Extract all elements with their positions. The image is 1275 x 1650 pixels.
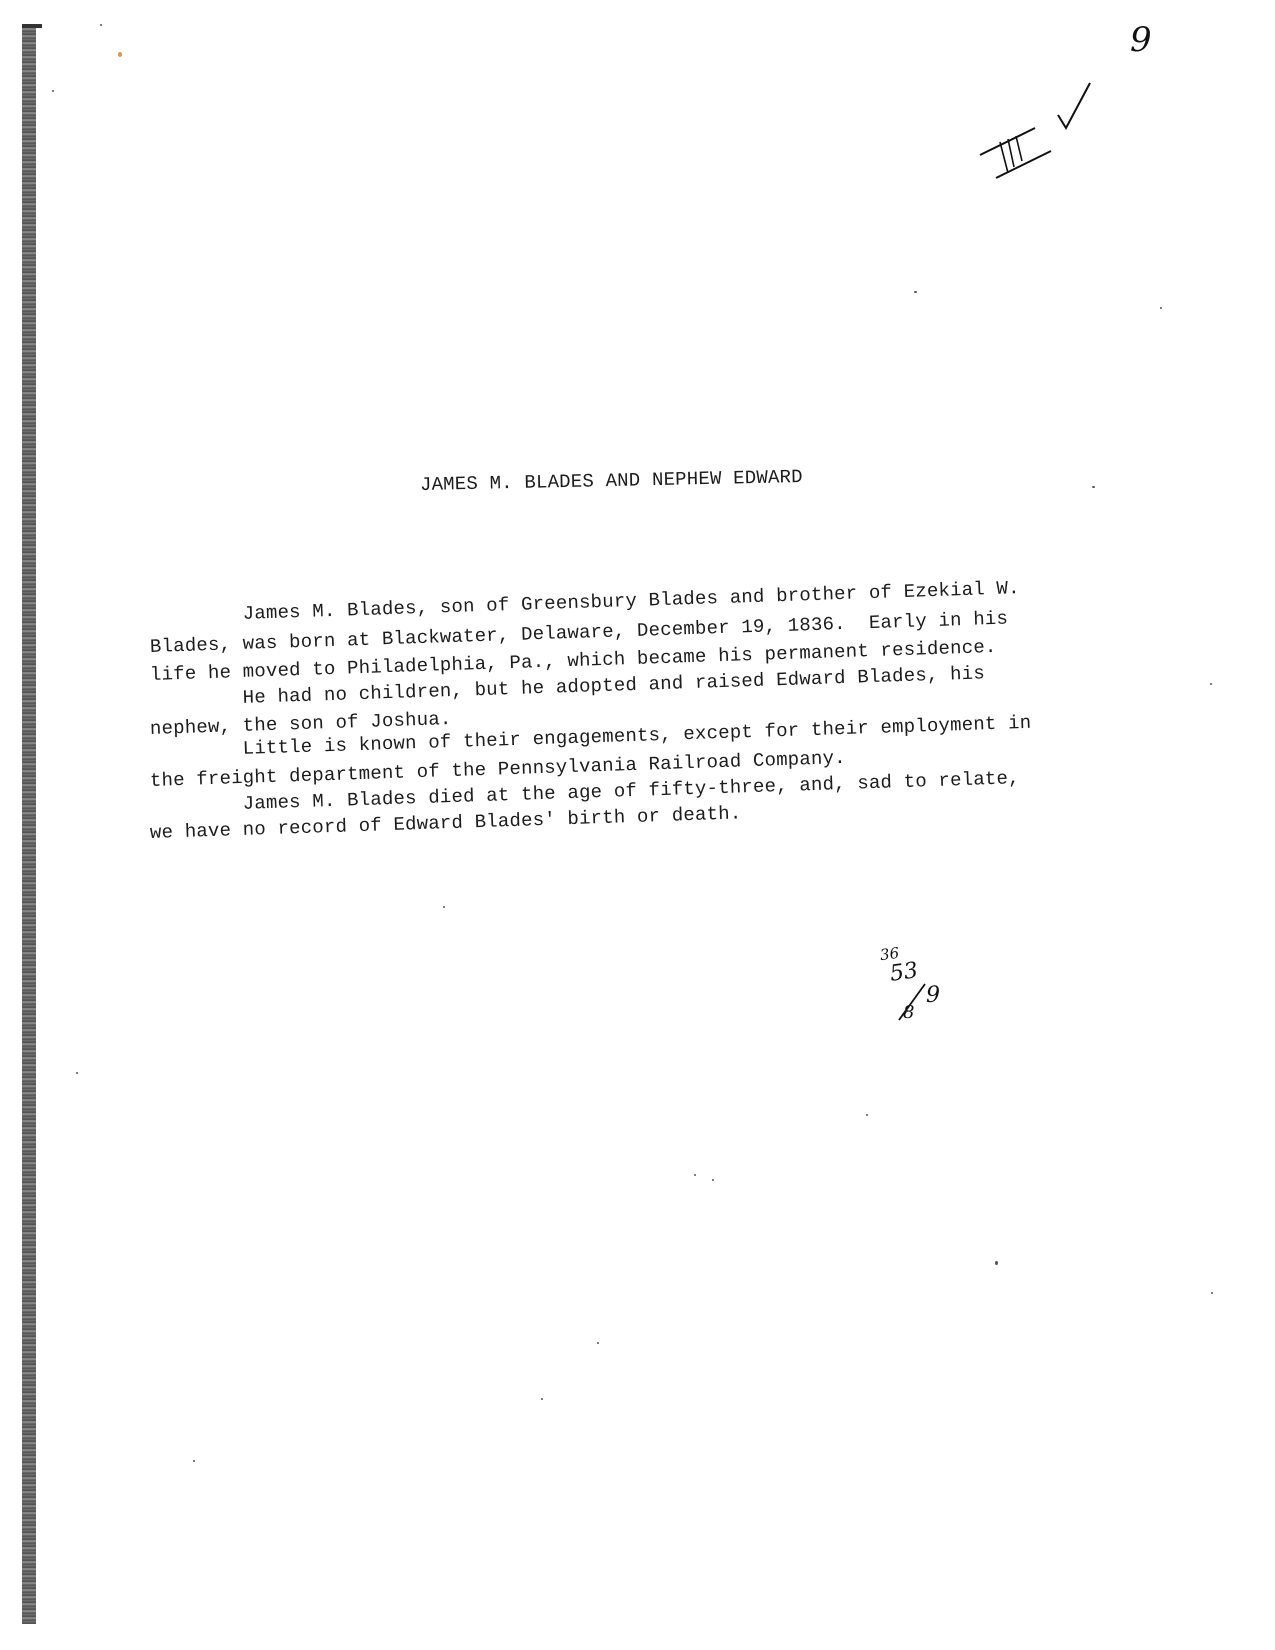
handwritten-calc-bottom-left: 8 <box>903 1002 914 1023</box>
scan-speck <box>712 1179 714 1181</box>
scan-binding-edge <box>22 24 36 1624</box>
scan-speck <box>914 291 917 293</box>
scan-speck <box>1092 486 1095 488</box>
scan-speck <box>1210 683 1212 685</box>
scan-speck <box>866 1114 868 1116</box>
scan-speck <box>118 52 122 57</box>
scan-speck <box>541 1398 543 1400</box>
scan-speck <box>597 1342 599 1344</box>
scan-speck <box>52 90 54 92</box>
document-title: JAMES M. BLADES AND NEPHEW EDWARD <box>420 466 803 496</box>
scan-speck <box>100 24 102 26</box>
handwritten-calc-bottom-right: 9 <box>926 983 940 1008</box>
scanned-page: 9 III ✓ 36 53 8 9 JAMES M. BLADES AND NE… <box>0 0 1275 1650</box>
scan-speck <box>76 1072 78 1074</box>
scan-binding-edge-top <box>22 24 42 28</box>
scan-speck <box>1160 307 1162 309</box>
scan-speck <box>443 906 445 908</box>
scan-speck <box>193 1460 195 1462</box>
scan-speck <box>1211 1292 1213 1294</box>
handwritten-page-number: 9 <box>1130 20 1152 60</box>
checkmark-icon <box>1050 80 1130 160</box>
scan-speck <box>995 1261 998 1265</box>
scan-speck <box>694 1174 696 1176</box>
